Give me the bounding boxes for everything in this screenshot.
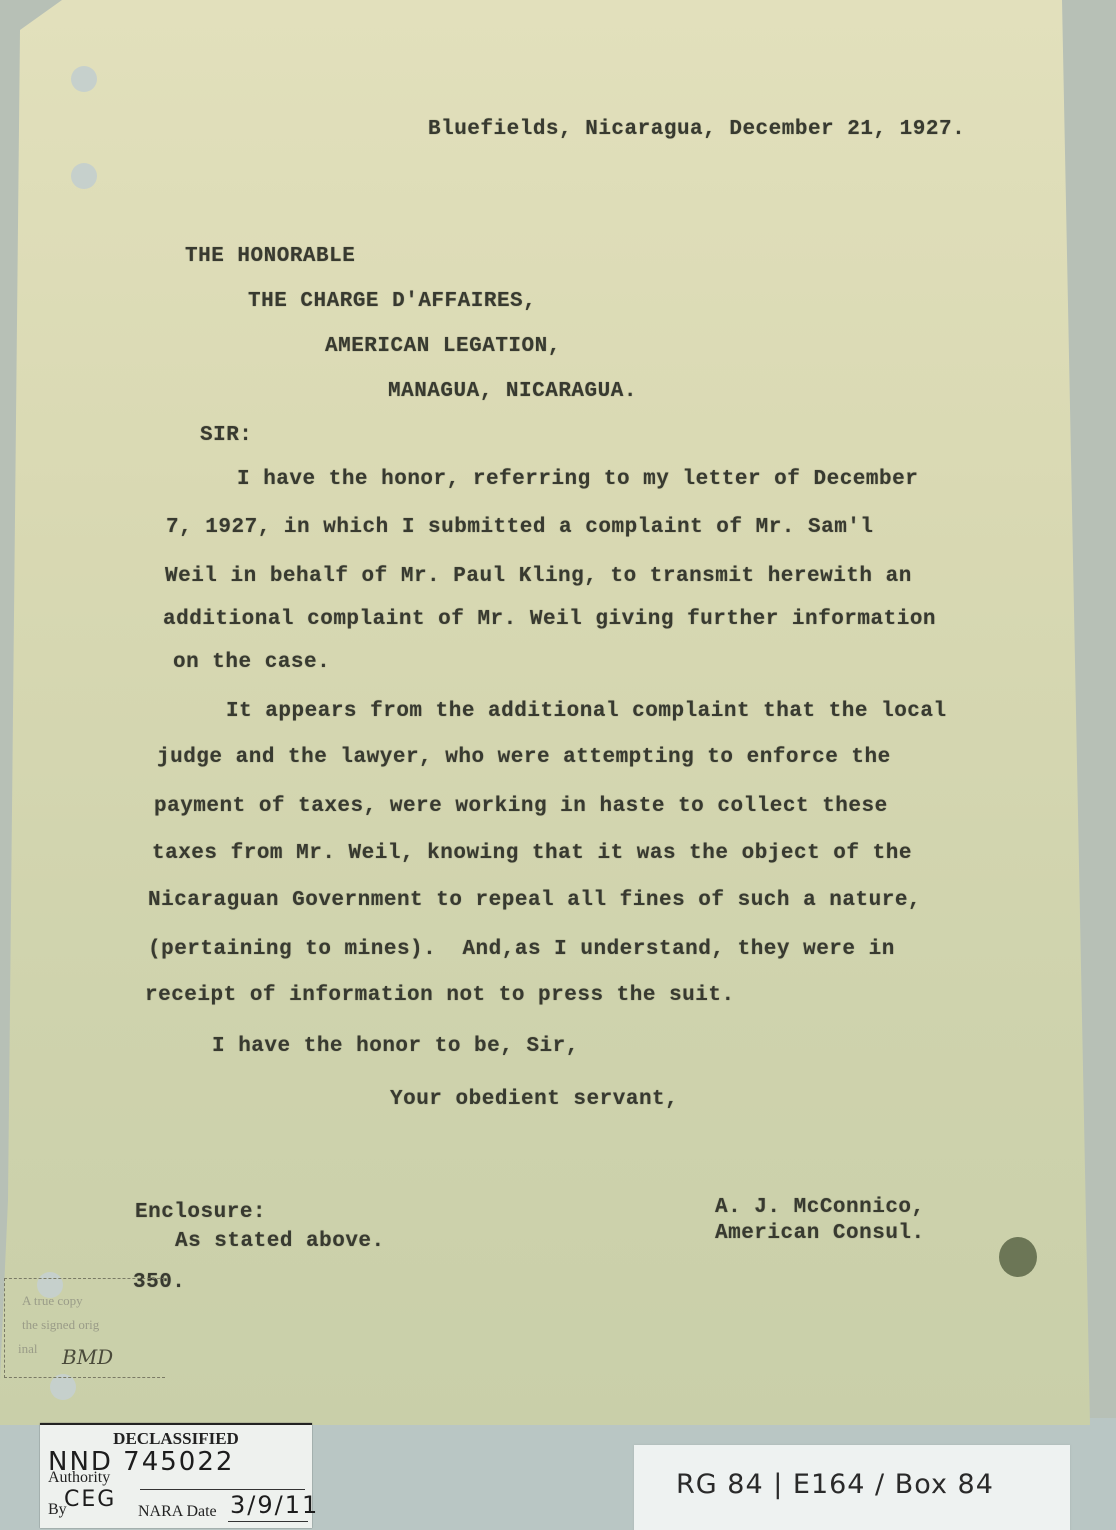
- address-line-2: THE CHARGE D'AFFAIRES,: [248, 290, 536, 313]
- body-line: (pertaining to mines). And,as I understa…: [148, 938, 895, 961]
- salutation: SIR:: [200, 424, 252, 447]
- enclosure-value: As stated above.: [175, 1230, 385, 1253]
- body-line: Nicaraguan Government to repeal all fine…: [148, 889, 921, 912]
- date-underline: [228, 1521, 308, 1522]
- address-line-1: THE HONORABLE: [185, 245, 355, 268]
- body-line: judge and the lawyer, who were attemptin…: [157, 746, 891, 769]
- copy-stamp-line: the signed orig: [22, 1314, 99, 1336]
- copy-stamp-initials: BMD: [62, 1345, 113, 1369]
- enclosure-label: Enclosure:: [135, 1201, 266, 1224]
- body-line: additional complaint of Mr. Weil giving …: [163, 608, 936, 631]
- dateline: Bluefields, Nicaragua, December 21, 1927…: [428, 118, 965, 141]
- archive-label: RG 84 | E164 / Box 84: [634, 1445, 1070, 1530]
- body-line: taxes from Mr. Weil, knowing that it was…: [152, 842, 912, 865]
- body-line: receipt of information not to press the …: [145, 984, 735, 1007]
- archive-label-text: RG 84 | E164 / Box 84: [676, 1469, 994, 1500]
- punch-hole: [71, 163, 97, 189]
- authority-value: NND 745022: [48, 1447, 234, 1477]
- body-line: on the case.: [173, 651, 330, 674]
- copy-stamp-line: inal: [18, 1338, 38, 1360]
- body-line: payment of taxes, were working in haste …: [154, 795, 888, 818]
- copy-stamp-line: A true copy: [22, 1290, 83, 1312]
- signature-name: A. J. McConnico,: [715, 1196, 925, 1219]
- date-value: 3/9/11: [230, 1491, 319, 1519]
- signature-title: American Consul.: [715, 1222, 925, 1245]
- address-line-3: AMERICAN LEGATION,: [325, 335, 561, 358]
- by-value: CEG: [64, 1487, 116, 1512]
- ink-spot: [999, 1237, 1037, 1277]
- complimentary-close: Your obedient servant,: [390, 1088, 678, 1111]
- punch-hole: [71, 66, 97, 92]
- address-line-4: MANAGUA, NICARAGUA.: [388, 380, 637, 403]
- authority-underline: [140, 1489, 305, 1490]
- body-line: I have the honor, referring to my letter…: [237, 468, 918, 491]
- closing: I have the honor to be, Sir,: [212, 1035, 579, 1058]
- body-line: 7, 1927, in which I submitted a complain…: [166, 516, 874, 539]
- declassification-label: DECLASSIFIED Authority NND 745022 By CEG…: [40, 1423, 312, 1528]
- nara-date-label: NARA Date: [138, 1503, 217, 1521]
- declassified-title: DECLASSIFIED: [40, 1429, 312, 1449]
- body-line: Weil in behalf of Mr. Paul Kling, to tra…: [165, 565, 912, 588]
- body-line: It appears from the additional complaint…: [226, 700, 947, 723]
